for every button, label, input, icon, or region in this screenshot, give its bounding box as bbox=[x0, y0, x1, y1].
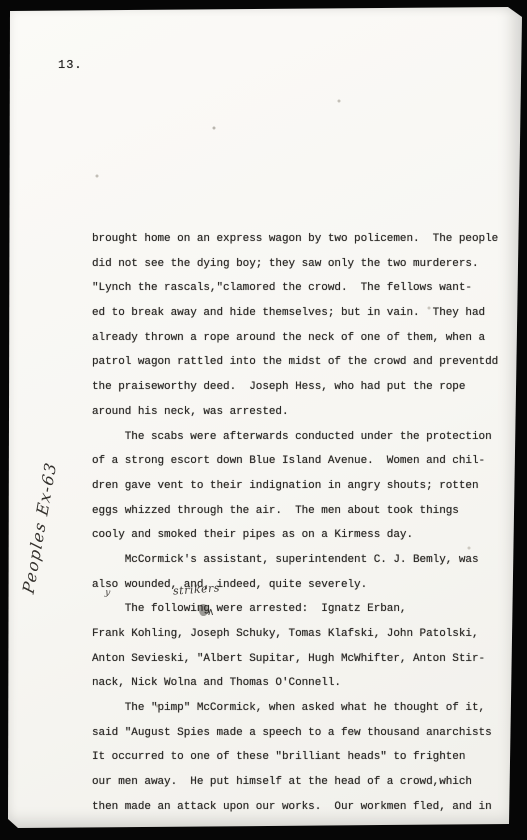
text-line: around his neck, was arrested. bbox=[92, 400, 498, 425]
text-line: McCormick's assistant, superintendent C.… bbox=[92, 548, 498, 573]
text-line: patrol wagon rattled into the midst of t… bbox=[92, 350, 498, 375]
document-page: 13. Peoples Ex-63 brought home on an exp… bbox=[8, 7, 522, 828]
insertion-caret-icon: ∧ bbox=[207, 607, 214, 618]
text-line: eggs whizzed through the air. The men ab… bbox=[92, 499, 498, 524]
text-line: cooly and smoked their pipes as on a Kir… bbox=[92, 523, 498, 548]
text-line: also wounded, and, indeed, quite severel… bbox=[92, 573, 498, 598]
text-line: The scabs were afterwards conducted unde… bbox=[92, 425, 498, 450]
paper-speckles bbox=[8, 7, 10, 9]
text-line: the praiseworthy deed. Joseph Hess, who … bbox=[92, 375, 498, 400]
text-line: dren gave vent to their indignation in a… bbox=[92, 474, 498, 499]
scanned-document: 13. Peoples Ex-63 brought home on an exp… bbox=[0, 0, 527, 840]
text-line: Frank Kohling, Joseph Schuky, Tomas Klaf… bbox=[92, 622, 498, 647]
text-line: Anton Sevieski, "Albert Supitar, Hugh Mc… bbox=[92, 647, 498, 672]
exhibit-margin-note: Peoples Ex-63 bbox=[13, 426, 69, 629]
text-line: "Lynch the rascals,"clamored the crowd. … bbox=[92, 276, 498, 301]
text-line: already thrown a rope around the neck of… bbox=[92, 326, 498, 351]
text-line: of a strong escort down Blue Island Aven… bbox=[92, 449, 498, 474]
text-line: then made an attack upon our works. Our … bbox=[92, 795, 498, 820]
text-line: said "August Spies made a speech to a fe… bbox=[92, 721, 498, 746]
text-line: our men away. He put himself at the head… bbox=[92, 770, 498, 795]
body-text: brought home on an express wagon by two … bbox=[92, 227, 498, 820]
page-number: 13. bbox=[58, 58, 83, 72]
text-line: nack, Nick Wolna and Thomas O'Connell. bbox=[92, 671, 498, 696]
text-line: The following were arrested: Ignatz Erba… bbox=[92, 597, 498, 622]
text-line: ed to break away and hide themselves; bu… bbox=[92, 301, 498, 326]
text-line: did not see the dying boy; they saw only… bbox=[92, 252, 498, 277]
text-line: The "pimp" McCormick, when asked what he… bbox=[92, 696, 498, 721]
text-line: brought home on an express wagon by two … bbox=[92, 227, 498, 252]
text-line: It occurred to one of these "brilliant h… bbox=[92, 745, 498, 770]
